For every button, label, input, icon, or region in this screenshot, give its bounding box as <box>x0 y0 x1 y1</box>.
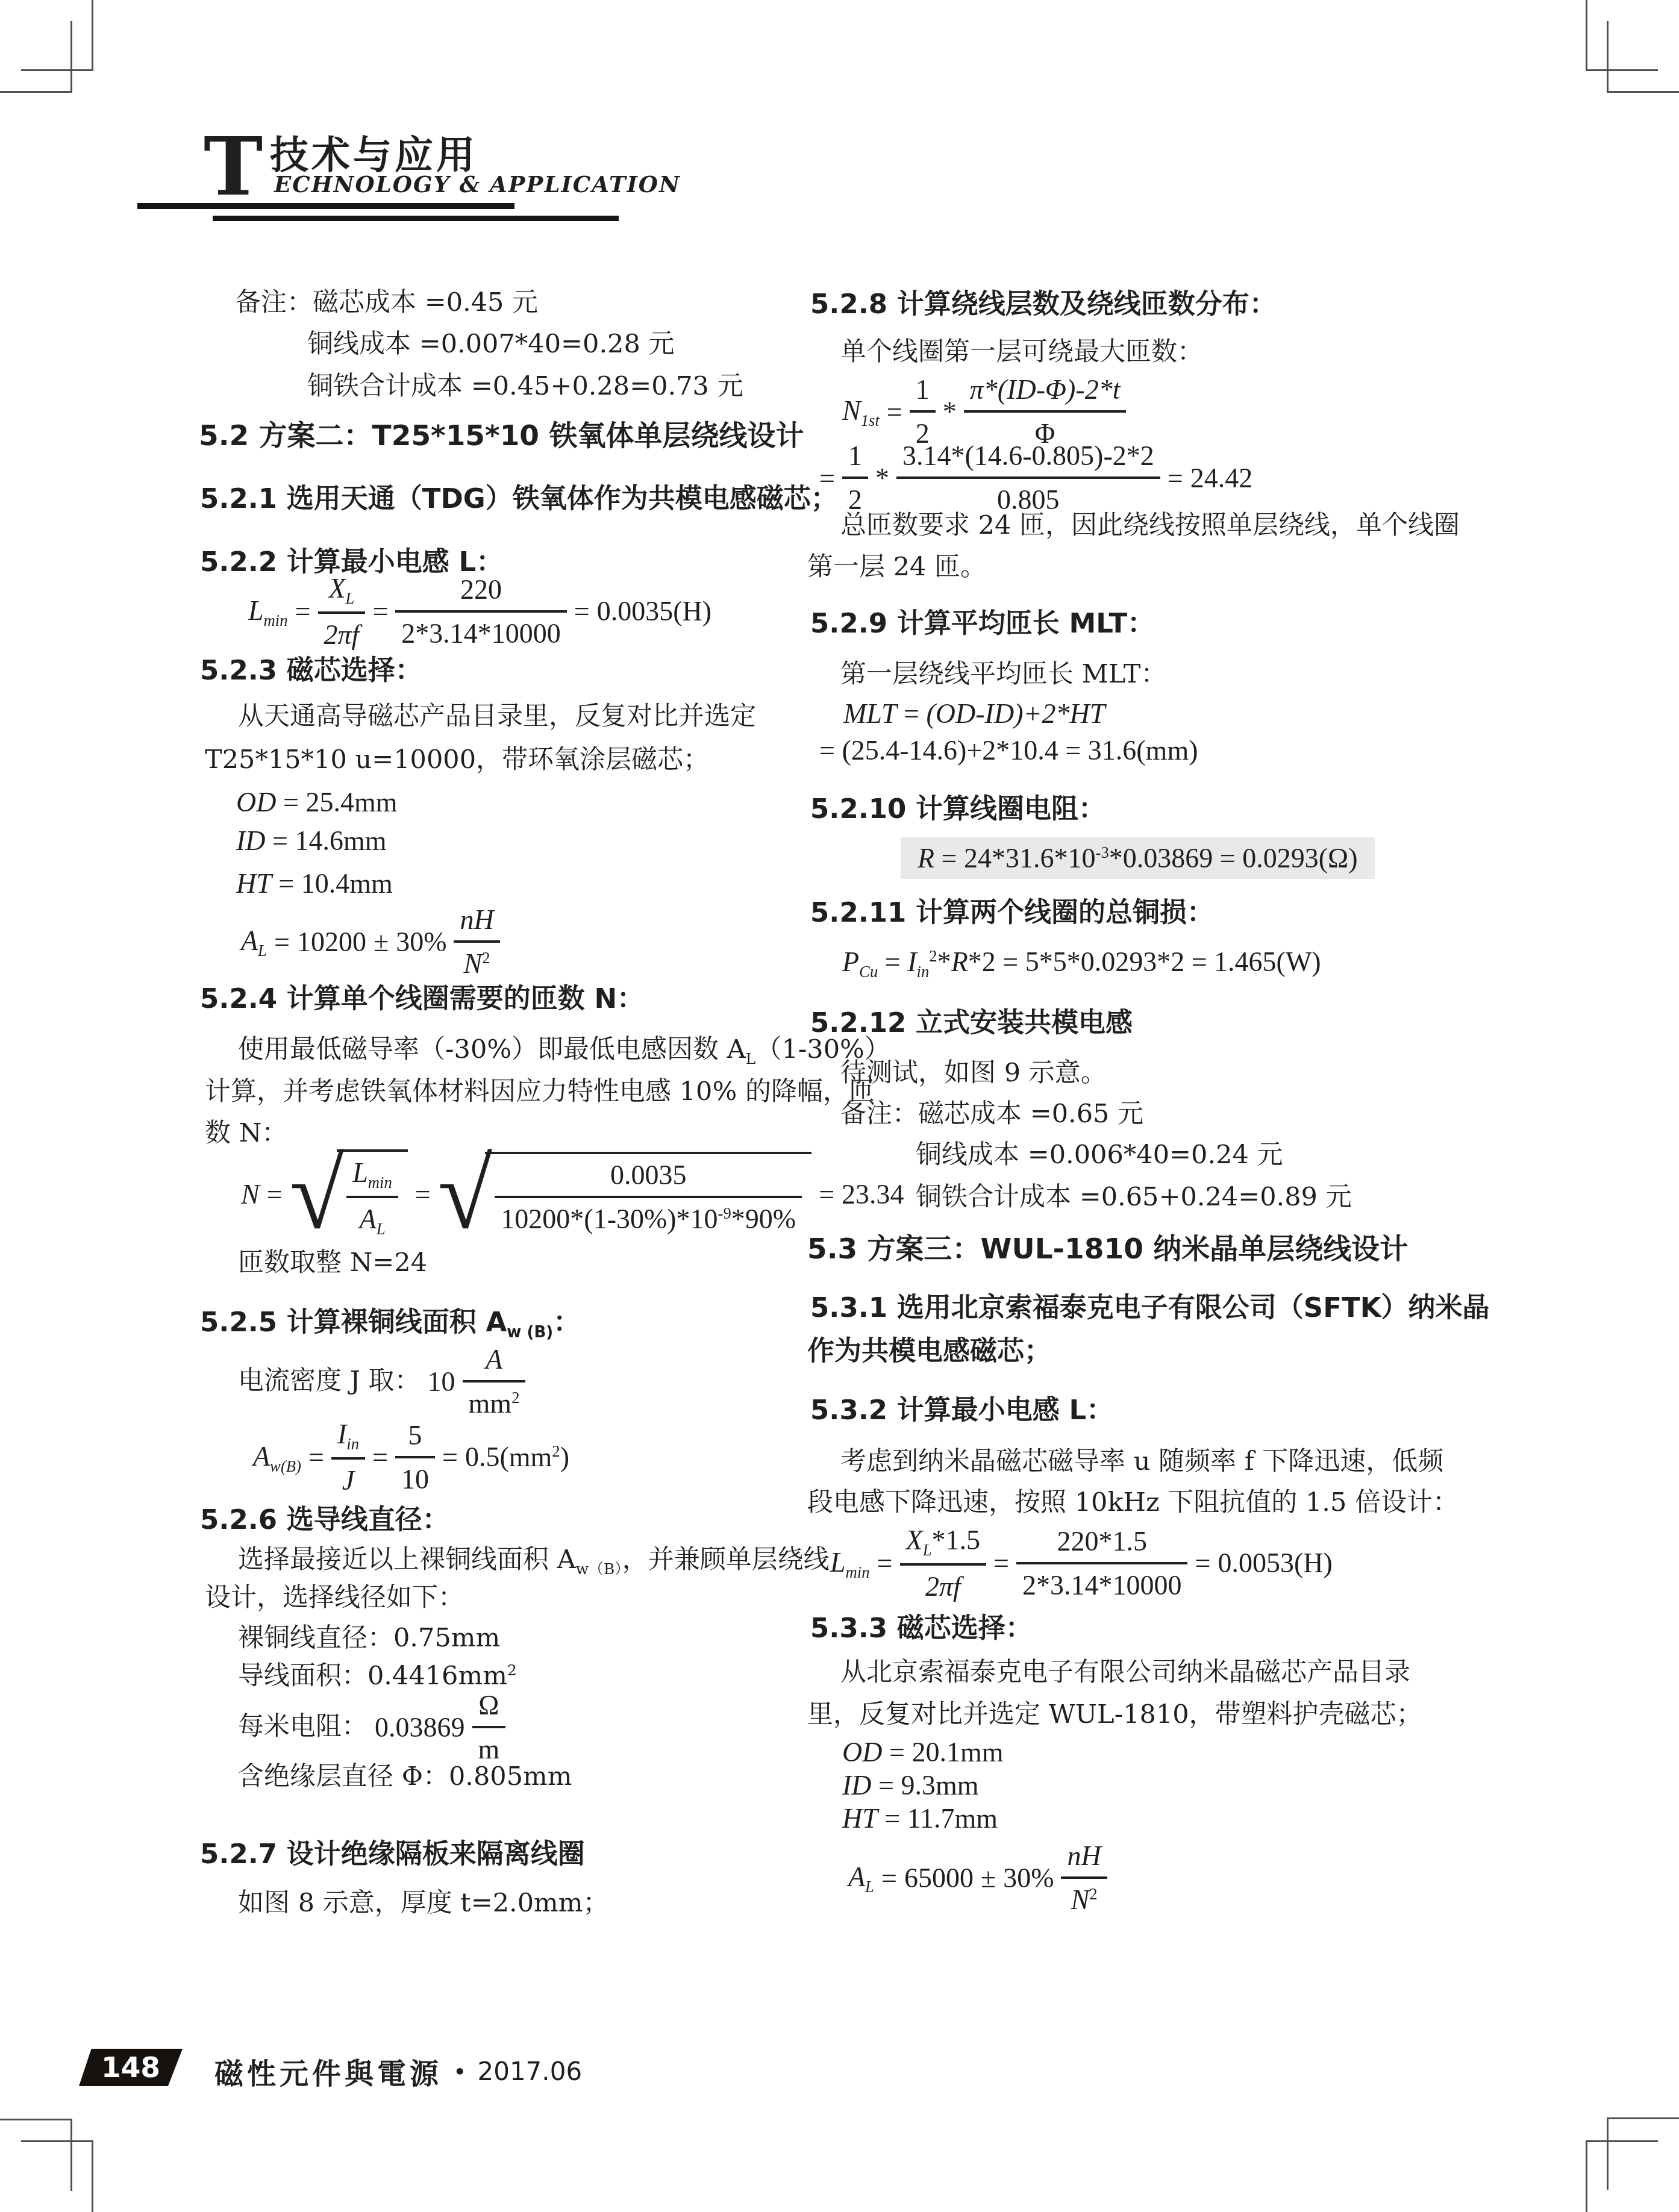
fraction-denominator: N2 <box>1061 1876 1107 1917</box>
math-var: R <box>951 946 968 977</box>
note-line: 备注：磁芯成本 =0.45 元 <box>235 286 538 320</box>
fraction-denominator: AL <box>346 1196 398 1239</box>
fraction-numerator: π*(ID-Φ)-2*t <box>964 372 1127 410</box>
paragraph-line: 数 N： <box>205 1117 287 1151</box>
section-heading-5-2-9: 5.2.9 计算平均匝长 MLT： <box>810 607 1154 640</box>
paragraph-line: 计算，并考虑铁氧体材料因应力特性电感 10% 的降幅，匝 <box>205 1075 875 1109</box>
crop-mark <box>70 2120 72 2191</box>
math-value: = 11.7mm <box>884 1803 998 1834</box>
crop-mark <box>0 2119 72 2120</box>
formula-mlt-evaluated: = (25.4-14.6)+2*10.4 = 31.6(mm) <box>819 734 1198 766</box>
note-line: 铜铁合计成本 =0.65+0.24=0.89 元 <box>916 1181 1352 1214</box>
math-op: = <box>887 396 902 428</box>
math-value: 30% <box>1003 1862 1054 1894</box>
math-var: N <box>241 1178 260 1210</box>
sqrt: √ Lmin AL <box>290 1149 408 1240</box>
math-var: AL <box>848 1861 874 1895</box>
math-op: * <box>937 946 951 977</box>
section-heading-5-3-1: 5.3.1 选用北京索福泰克电子有限公司（SFTK）纳米晶 <box>810 1291 1490 1325</box>
section-heading-5-2: 5.2 方案二：T25*15*10 铁氧体单层绕线设计 <box>199 419 804 454</box>
math-op: = <box>1195 1547 1210 1579</box>
math-op: = <box>274 926 290 958</box>
note-line: 铜线成本 =0.007*40=0.28 元 <box>307 328 674 361</box>
fraction-numerator: 3.14*(14.6-0.805)-2*2 <box>896 439 1160 476</box>
note-line: 备注：磁芯成本 =0.65 元 <box>840 1098 1143 1131</box>
sqrt: √ 0.0035 10200*(1-30%)*10-9*90% <box>438 1152 811 1237</box>
formula-lmin: Lmin = XL 2πf = 220 2*3.14*10000 = 0.003… <box>248 571 711 652</box>
crop-mark <box>70 21 72 92</box>
page: { "symbols": {"radical": "√"}, "header":… <box>0 0 1679 2212</box>
section-heading-5-2-4: 5.2.4 计算单个线圈需要的匝数 N： <box>200 982 644 1016</box>
formula-n1st-evaluated: = 1 2 * 3.14*(14.6-0.805)-2*2 0.805 = 24… <box>819 439 1252 517</box>
crop-mark <box>92 2142 93 2212</box>
fraction: Iin J <box>331 1417 365 1498</box>
paragraph-line: 里，反复对比并选定 WUL-1810，带塑料护壳磁芯； <box>807 1698 1422 1732</box>
fraction-denominator: 10 <box>395 1456 435 1496</box>
formula-coil-resistance: R = 24*31.6*10-3*0.03869 = 0.0293(Ω) <box>901 837 1375 879</box>
formula-al-nano: AL = 65000 ± 30% nH N2 <box>848 1839 1107 1917</box>
radicand: Lmin AL <box>337 1149 408 1240</box>
math-value: 30% <box>396 926 446 958</box>
paragraph-line: 从天通高导磁芯产品目录里，反复对比并选定 <box>238 700 756 734</box>
masthead-title-cn: 技术与应用 <box>270 136 478 175</box>
formula-awb: Aw(B) = Iin J = 5 10 = 0.5(mm2) <box>253 1417 569 1498</box>
fraction-numerator: XL <box>318 571 366 611</box>
fraction: 220*1.5 2*3.14*10000 <box>1016 1524 1188 1602</box>
math-op: ± <box>374 926 389 958</box>
crop-mark <box>92 0 93 70</box>
math-value: 0.03869 <box>375 1711 465 1743</box>
section-heading-5-2-1: 5.2.1 选用天通（TDG）铁氧体作为共模电感磁芯； <box>200 482 838 516</box>
math-value: = 14.6mm <box>272 825 387 856</box>
fraction: 3.14*(14.6-0.805)-2*2 0.805 <box>896 439 1160 517</box>
math-var: HT <box>842 1803 878 1834</box>
math-op: = <box>372 1441 388 1473</box>
fraction-denominator: 2πf <box>900 1563 986 1604</box>
math-var: Aw(B) <box>253 1440 301 1475</box>
fraction-denominator: N2 <box>454 940 499 981</box>
fraction-numerator: 1 <box>842 439 868 476</box>
fraction: XL*1.5 2πf <box>900 1523 986 1604</box>
crop-mark <box>1586 0 1587 70</box>
formula-turns-n: N = √ Lmin AL = √ 0.0035 10200*(1-30%)*1… <box>241 1149 904 1240</box>
crop-mark <box>1586 2142 1587 2212</box>
paragraph-line: 总匝数要求 24 匝，因此绕线按照单层绕线，单个线圈 <box>840 509 1460 543</box>
math-value: = 10.4mm <box>278 868 393 899</box>
paragraph-line: 段电感下降迅速，按照 10kHz 下阻抗值的 1.5 倍设计： <box>807 1486 1459 1520</box>
fraction-numerator: nH <box>454 902 499 940</box>
formula-lmin-nano: Lmin = XL*1.5 2πf = 220*1.5 2*3.14*10000… <box>830 1523 1333 1604</box>
paragraph-line: 使用最低磁导率（-30%）即最低电感因数 AL（1-30%） <box>238 1033 890 1067</box>
math-op: = <box>885 946 901 977</box>
math-var: ID <box>236 825 266 856</box>
math-op: = <box>993 1547 1009 1579</box>
math-value: 10 <box>428 1366 455 1398</box>
math-op: ± <box>981 1862 996 1894</box>
item-line: 裸铜线直径：0.75mm <box>238 1622 500 1655</box>
label: 每米电阻： <box>238 1710 367 1744</box>
math-result: 0.0053(H) <box>1218 1547 1332 1579</box>
section-heading-5-2-12: 5.2.12 立式安装共模电感 <box>810 1006 1133 1040</box>
math-var: Iin <box>907 946 929 977</box>
paragraph-line: 如图 8 示意，厚度 t=2.0mm； <box>238 1887 609 1920</box>
math-expr: (OD-ID)+2*HT <box>927 698 1105 729</box>
math-op: = <box>881 1862 897 1894</box>
dimension-ht: HT = 10.4mm <box>236 867 393 899</box>
formula-resistance-per-meter: 每米电阻： 0.03869 Ω m <box>238 1688 505 1766</box>
fraction: nH N2 <box>454 902 499 981</box>
fraction: 1 2 <box>842 439 868 517</box>
paragraph-line: 待测试，如图 9 示意。 <box>840 1057 1107 1090</box>
fraction: XL 2πf <box>318 571 366 652</box>
label: 电流密度 J 取： <box>238 1364 421 1398</box>
math-expr: *2 = 5*5*0.0293*2 = 1.465(W) <box>968 946 1321 977</box>
math-op: * <box>875 462 889 494</box>
fraction: 5 10 <box>395 1418 435 1496</box>
paragraph-line: 选择最接近以上裸铜线面积 Aw（B），并兼顾单层绕线 <box>238 1543 830 1577</box>
fraction-numerator: 5 <box>395 1418 435 1456</box>
page-number: 148 <box>101 2051 160 2084</box>
page-number-badge: 148 <box>79 2049 183 2086</box>
journal-title: 磁性元件與電源 <box>214 2051 442 2092</box>
fraction-numerator: nH <box>1061 1839 1107 1876</box>
math-op: = <box>308 1441 324 1473</box>
fraction-denominator: 10200*(1-30%)*10-9*90% <box>495 1196 802 1236</box>
paragraph-line: 第一层 24 匝。 <box>807 551 986 584</box>
paragraph-line: 单个线圈第一层可绕最大匝数： <box>840 336 1203 369</box>
radical-sign: √ <box>438 1152 493 1237</box>
math-result: 24.42 <box>1190 462 1253 494</box>
section-heading-5-3-1-cont: 作为共模电感磁芯； <box>807 1334 1051 1368</box>
formula-al: AL = 10200 ± 30% nH N2 <box>241 902 500 981</box>
math-op: = <box>574 595 590 627</box>
math-result: 0.5(mm2) <box>465 1441 569 1473</box>
radical-sign: √ <box>290 1152 345 1237</box>
fraction-denominator: 2*3.14*10000 <box>1016 1562 1188 1602</box>
section-heading-5-2-7: 5.2.7 设计绝缘隔板来隔离线圈 <box>200 1837 585 1871</box>
fraction-denominator: J <box>331 1457 365 1498</box>
crop-mark <box>1607 2117 1679 2119</box>
note-line: 铜线成本 =0.006*40=0.24 元 <box>916 1139 1283 1172</box>
math-op: = <box>295 595 311 627</box>
masthead-t-letter: T <box>204 128 263 207</box>
fraction: Ω m <box>472 1688 506 1766</box>
bullet-icon: • <box>453 2058 466 2085</box>
crop-mark <box>1607 91 1679 93</box>
math-result: 0.0035(H) <box>597 595 711 627</box>
paragraph-line: 考虑到纳米晶磁芯磁导率 u 随频率 f 下降迅速，低频 <box>840 1445 1443 1479</box>
math-op: = <box>877 1547 893 1579</box>
paragraph-line: 匝数取整 N=24 <box>238 1246 427 1280</box>
section-heading-5-3-3: 5.3.3 磁芯选择： <box>810 1611 1033 1645</box>
paragraph-line: 从北京索福泰克电子有限公司纳米晶磁芯产品目录 <box>840 1656 1410 1690</box>
fraction: 0.0035 10200*(1-30%)*10-9*90% <box>495 1158 802 1236</box>
math-op: = <box>415 1178 431 1210</box>
math-var: ID <box>842 1770 872 1801</box>
fraction: Lmin AL <box>346 1155 398 1239</box>
math-op: = <box>267 1178 283 1210</box>
math-op: = <box>1168 462 1183 494</box>
math-value: = 9.3mm <box>878 1770 979 1801</box>
crop-mark <box>1586 69 1658 71</box>
math-var: N1st <box>842 395 880 429</box>
dimension-od: OD = 25.4mm <box>236 786 397 818</box>
fraction-numerator: 0.0035 <box>495 1158 802 1196</box>
fraction-numerator: Lmin <box>346 1155 398 1196</box>
radicand: 0.0035 10200*(1-30%)*10-9*90% <box>485 1152 811 1237</box>
paragraph-line: 设计，选择线径如下： <box>205 1581 464 1615</box>
fraction-numerator: A <box>463 1342 526 1380</box>
math-var: PCu <box>842 946 878 977</box>
footer-journal-line: 磁性元件與電源 • 2017.06 <box>214 2051 582 2092</box>
fraction-numerator: 220*1.5 <box>1016 1524 1188 1562</box>
crop-mark <box>0 91 72 93</box>
section-heading-5-2-8: 5.2.8 计算绕线层数及绕线匝数分布： <box>810 287 1277 321</box>
fraction-denominator: 2πf <box>318 611 366 652</box>
issue-date: 2017.06 <box>477 2057 582 2086</box>
math-op: * <box>943 396 957 428</box>
math-op: = <box>442 1441 458 1473</box>
math-var: HT <box>236 868 272 899</box>
masthead-title-en: ECHNOLOGY & APPLICATION <box>274 173 681 196</box>
math-var: OD <box>236 787 276 817</box>
fraction-denominator: mm2 <box>463 1380 526 1420</box>
math-var: Lmin <box>830 1546 870 1581</box>
dimension-ht: HT = 11.7mm <box>842 1802 998 1834</box>
crop-mark <box>1607 21 1609 92</box>
paragraph-line: T25*15*10 u=10000，带环氧涂层磁芯； <box>205 743 709 777</box>
math-op: = <box>819 1178 834 1210</box>
section-heading-5-2-10: 5.2.10 计算线圈电阻： <box>810 792 1105 826</box>
math-var: OD <box>842 1737 882 1767</box>
math-var: AL <box>241 925 267 959</box>
math-expr: 24*31.6*10-3*0.03869 = 0.0293(Ω) <box>964 843 1357 873</box>
crop-mark <box>1607 2119 1609 2190</box>
crop-mark <box>21 69 93 71</box>
fraction: A mm2 <box>463 1342 526 1420</box>
math-var: MLT <box>843 698 897 729</box>
math-op: = <box>904 698 919 729</box>
masthead-rule-bottom <box>213 216 619 221</box>
dimension-id: ID = 14.6mm <box>236 825 387 857</box>
section-heading-5-2-6: 5.2.6 选导线直径： <box>200 1503 449 1537</box>
math-value: = 25.4mm <box>283 787 398 817</box>
math-var: Lmin <box>248 595 288 629</box>
math-op: = <box>942 843 957 873</box>
math-value: = 20.1mm <box>889 1737 1004 1767</box>
math-result: 23.34 <box>842 1178 904 1210</box>
fraction-numerator: 1 <box>910 372 936 410</box>
section-heading-5-3: 5.3 方案三：WUL-1810 纳米晶单层绕线设计 <box>807 1232 1408 1267</box>
fraction-numerator: Iin <box>331 1417 365 1457</box>
fraction-numerator: XL*1.5 <box>900 1523 986 1563</box>
formula-copper-loss: PCu = Iin2*R*2 = 5*5*0.0293*2 = 1.465(W) <box>842 946 1321 980</box>
crop-mark <box>1586 2140 1658 2142</box>
masthead-rule-top <box>137 203 514 209</box>
note-line: 铜铁合计成本 =0.45+0.28=0.73 元 <box>307 370 743 404</box>
math-value: 65000 <box>904 1862 974 1894</box>
fraction-numerator: Ω <box>472 1688 506 1726</box>
formula-current-density: 电流密度 J 取： 10 A mm2 <box>238 1342 525 1420</box>
fraction: nH N2 <box>1061 1839 1107 1917</box>
dimension-od: OD = 20.1mm <box>842 1736 1003 1768</box>
paragraph-line: 第一层绕线平均匝长 MLT： <box>840 658 1166 692</box>
item-line: 含绝缘层直径 Φ：0.805mm <box>238 1760 572 1794</box>
fraction-denominator: 2*3.14*10000 <box>395 610 567 651</box>
math-op: = <box>819 462 835 494</box>
section-heading-5-2-11: 5.2.11 计算两个线圈的总铜损： <box>810 896 1214 929</box>
formula-mlt: MLT = (OD-ID)+2*HT <box>843 698 1105 730</box>
fraction-numerator: 220 <box>395 572 567 610</box>
math-var: R <box>918 843 934 873</box>
dimension-id: ID = 9.3mm <box>842 1769 979 1801</box>
math-op: = <box>372 595 388 627</box>
math-value: 10200 <box>297 926 366 958</box>
section-heading-5-2-3: 5.2.3 磁芯选择： <box>200 654 422 687</box>
section-heading-5-3-2: 5.3.2 计算最小电感 L： <box>810 1393 1113 1427</box>
section-heading-5-2-5: 5.2.5 计算裸铜线面积 Aw (B)： <box>200 1305 580 1340</box>
fraction: 220 2*3.14*10000 <box>395 572 567 651</box>
crop-mark <box>21 2140 93 2142</box>
